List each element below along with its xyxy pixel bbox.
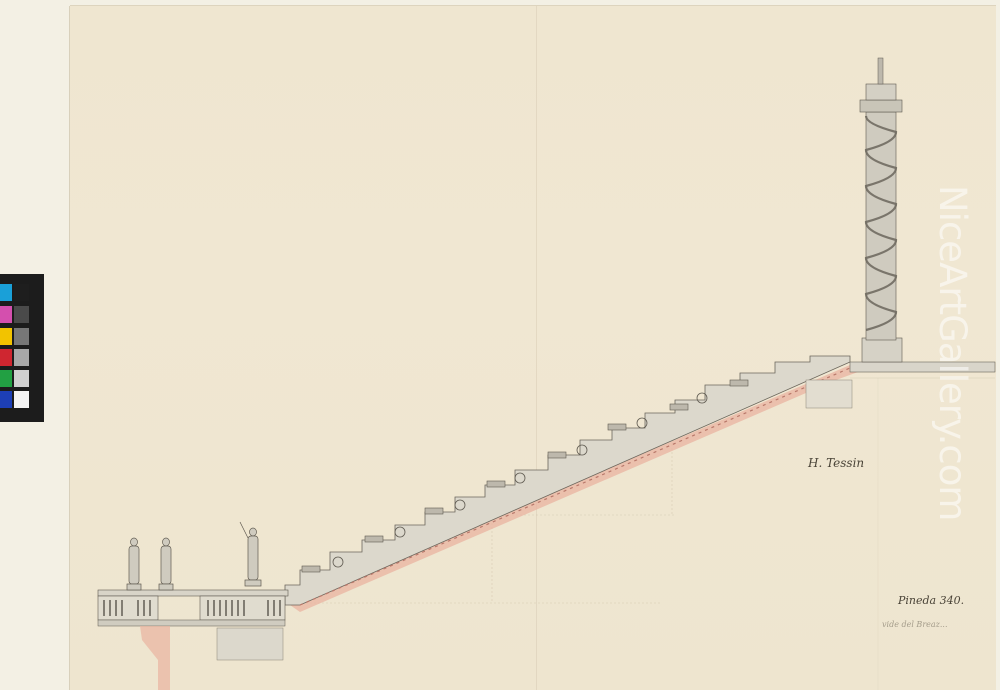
swatch-magenta (0, 306, 12, 323)
swatch-yellow (0, 328, 12, 345)
gray-6 (14, 391, 29, 408)
gray-2 (14, 306, 29, 323)
statues (127, 522, 261, 590)
foundation-wash (140, 626, 170, 690)
gray-5 (14, 370, 29, 387)
spiral-column (860, 58, 902, 362)
gray-4 (14, 349, 29, 366)
terrace-block (806, 380, 852, 408)
watermark: NiceArtGallery.com (930, 185, 974, 505)
faint-annotation: vide del Breaz... (882, 620, 947, 629)
swatch-cyan (0, 284, 12, 301)
balustrade (98, 590, 288, 660)
catalog-annotation: Pineda 340. (898, 594, 964, 607)
gray-3 (14, 328, 29, 345)
swatch-green (0, 370, 12, 387)
ruler-ticks (43, 262, 65, 424)
swatch-red (0, 349, 12, 366)
signature-annotation: H. Tessin (808, 456, 864, 470)
color-calibration-target (0, 256, 67, 431)
architectural-drawing (0, 0, 1000, 690)
staircase (285, 356, 850, 605)
gray-1 (14, 284, 29, 301)
swatch-blue (0, 391, 12, 408)
